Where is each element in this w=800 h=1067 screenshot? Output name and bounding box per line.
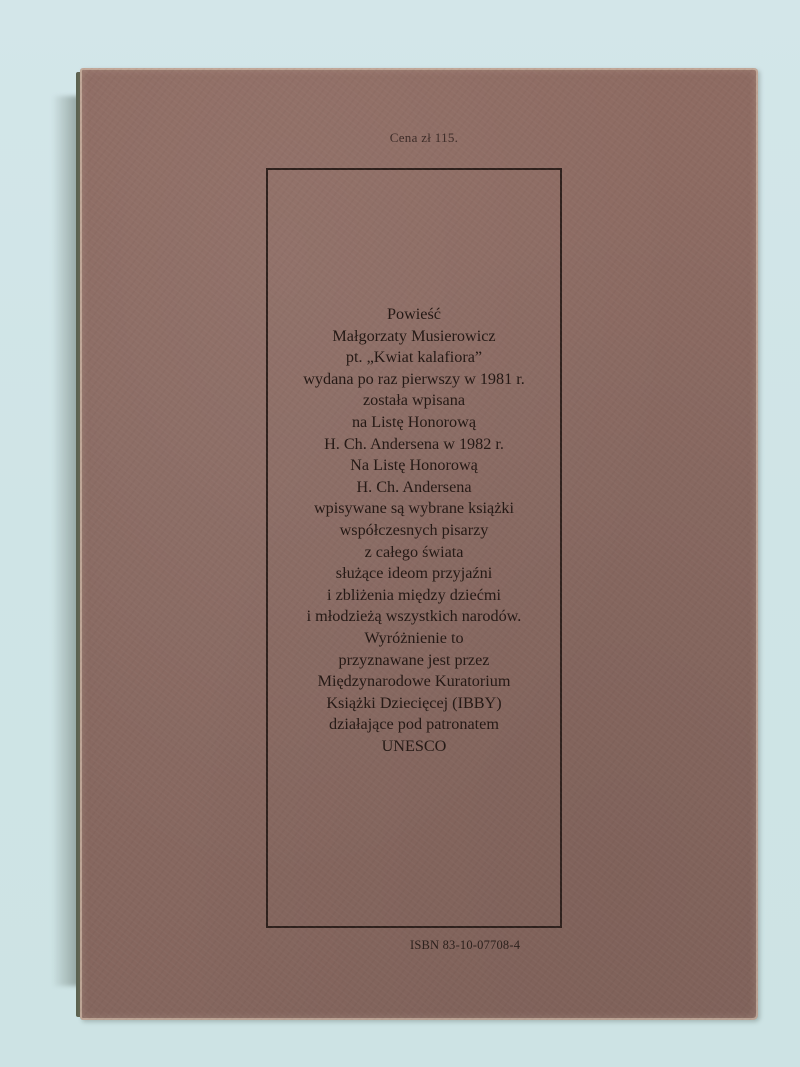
blurb-line: pt. „Kwiat kalafiora” xyxy=(268,347,560,369)
blurb-line: z całego świata xyxy=(268,542,560,564)
blurb-line: służące ideom przyjaźni xyxy=(268,563,560,585)
blurb-line: wpisywane są wybrane książki xyxy=(268,498,560,520)
blurb-text: Powieść Małgorzaty Musierowicz pt. „Kwia… xyxy=(268,304,560,757)
blurb-line: Międzynarodowe Kuratorium xyxy=(268,671,560,693)
blurb-line: UNESCO xyxy=(268,736,560,758)
blurb-line: została wpisana xyxy=(268,390,560,412)
isbn-label: ISBN 83-10-07708-4 xyxy=(410,938,520,953)
price-label: Cena zł 115. xyxy=(80,130,758,146)
blurb-line: i zbliżenia między dziećmi xyxy=(268,585,560,607)
blurb-line: współczesnych pisarzy xyxy=(268,520,560,542)
blurb-line: Na Listę Honorową xyxy=(268,455,560,477)
blurb-line: wydana po raz pierwszy w 1981 r. xyxy=(268,369,560,391)
blurb-line: Małgorzaty Musierowicz xyxy=(268,326,560,348)
blurb-line: działające pod patronatem xyxy=(268,714,560,736)
blurb-line: Wyróżnienie to xyxy=(268,628,560,650)
blurb-frame: Powieść Małgorzaty Musierowicz pt. „Kwia… xyxy=(266,168,562,928)
book-back-cover: Cena zł 115. Powieść Małgorzaty Musierow… xyxy=(80,68,758,1020)
blurb-line: i młodzieżą wszystkich narodów. xyxy=(268,606,560,628)
blurb-line: H. Ch. Andersena w 1982 r. xyxy=(268,434,560,456)
blurb-line: na Listę Honorową xyxy=(268,412,560,434)
blurb-line: H. Ch. Andersena xyxy=(268,477,560,499)
blurb-line: Książki Dziecięcej (IBBY) xyxy=(268,693,560,715)
blurb-line: przyznawane jest przez xyxy=(268,650,560,672)
blurb-line: Powieść xyxy=(268,304,560,326)
